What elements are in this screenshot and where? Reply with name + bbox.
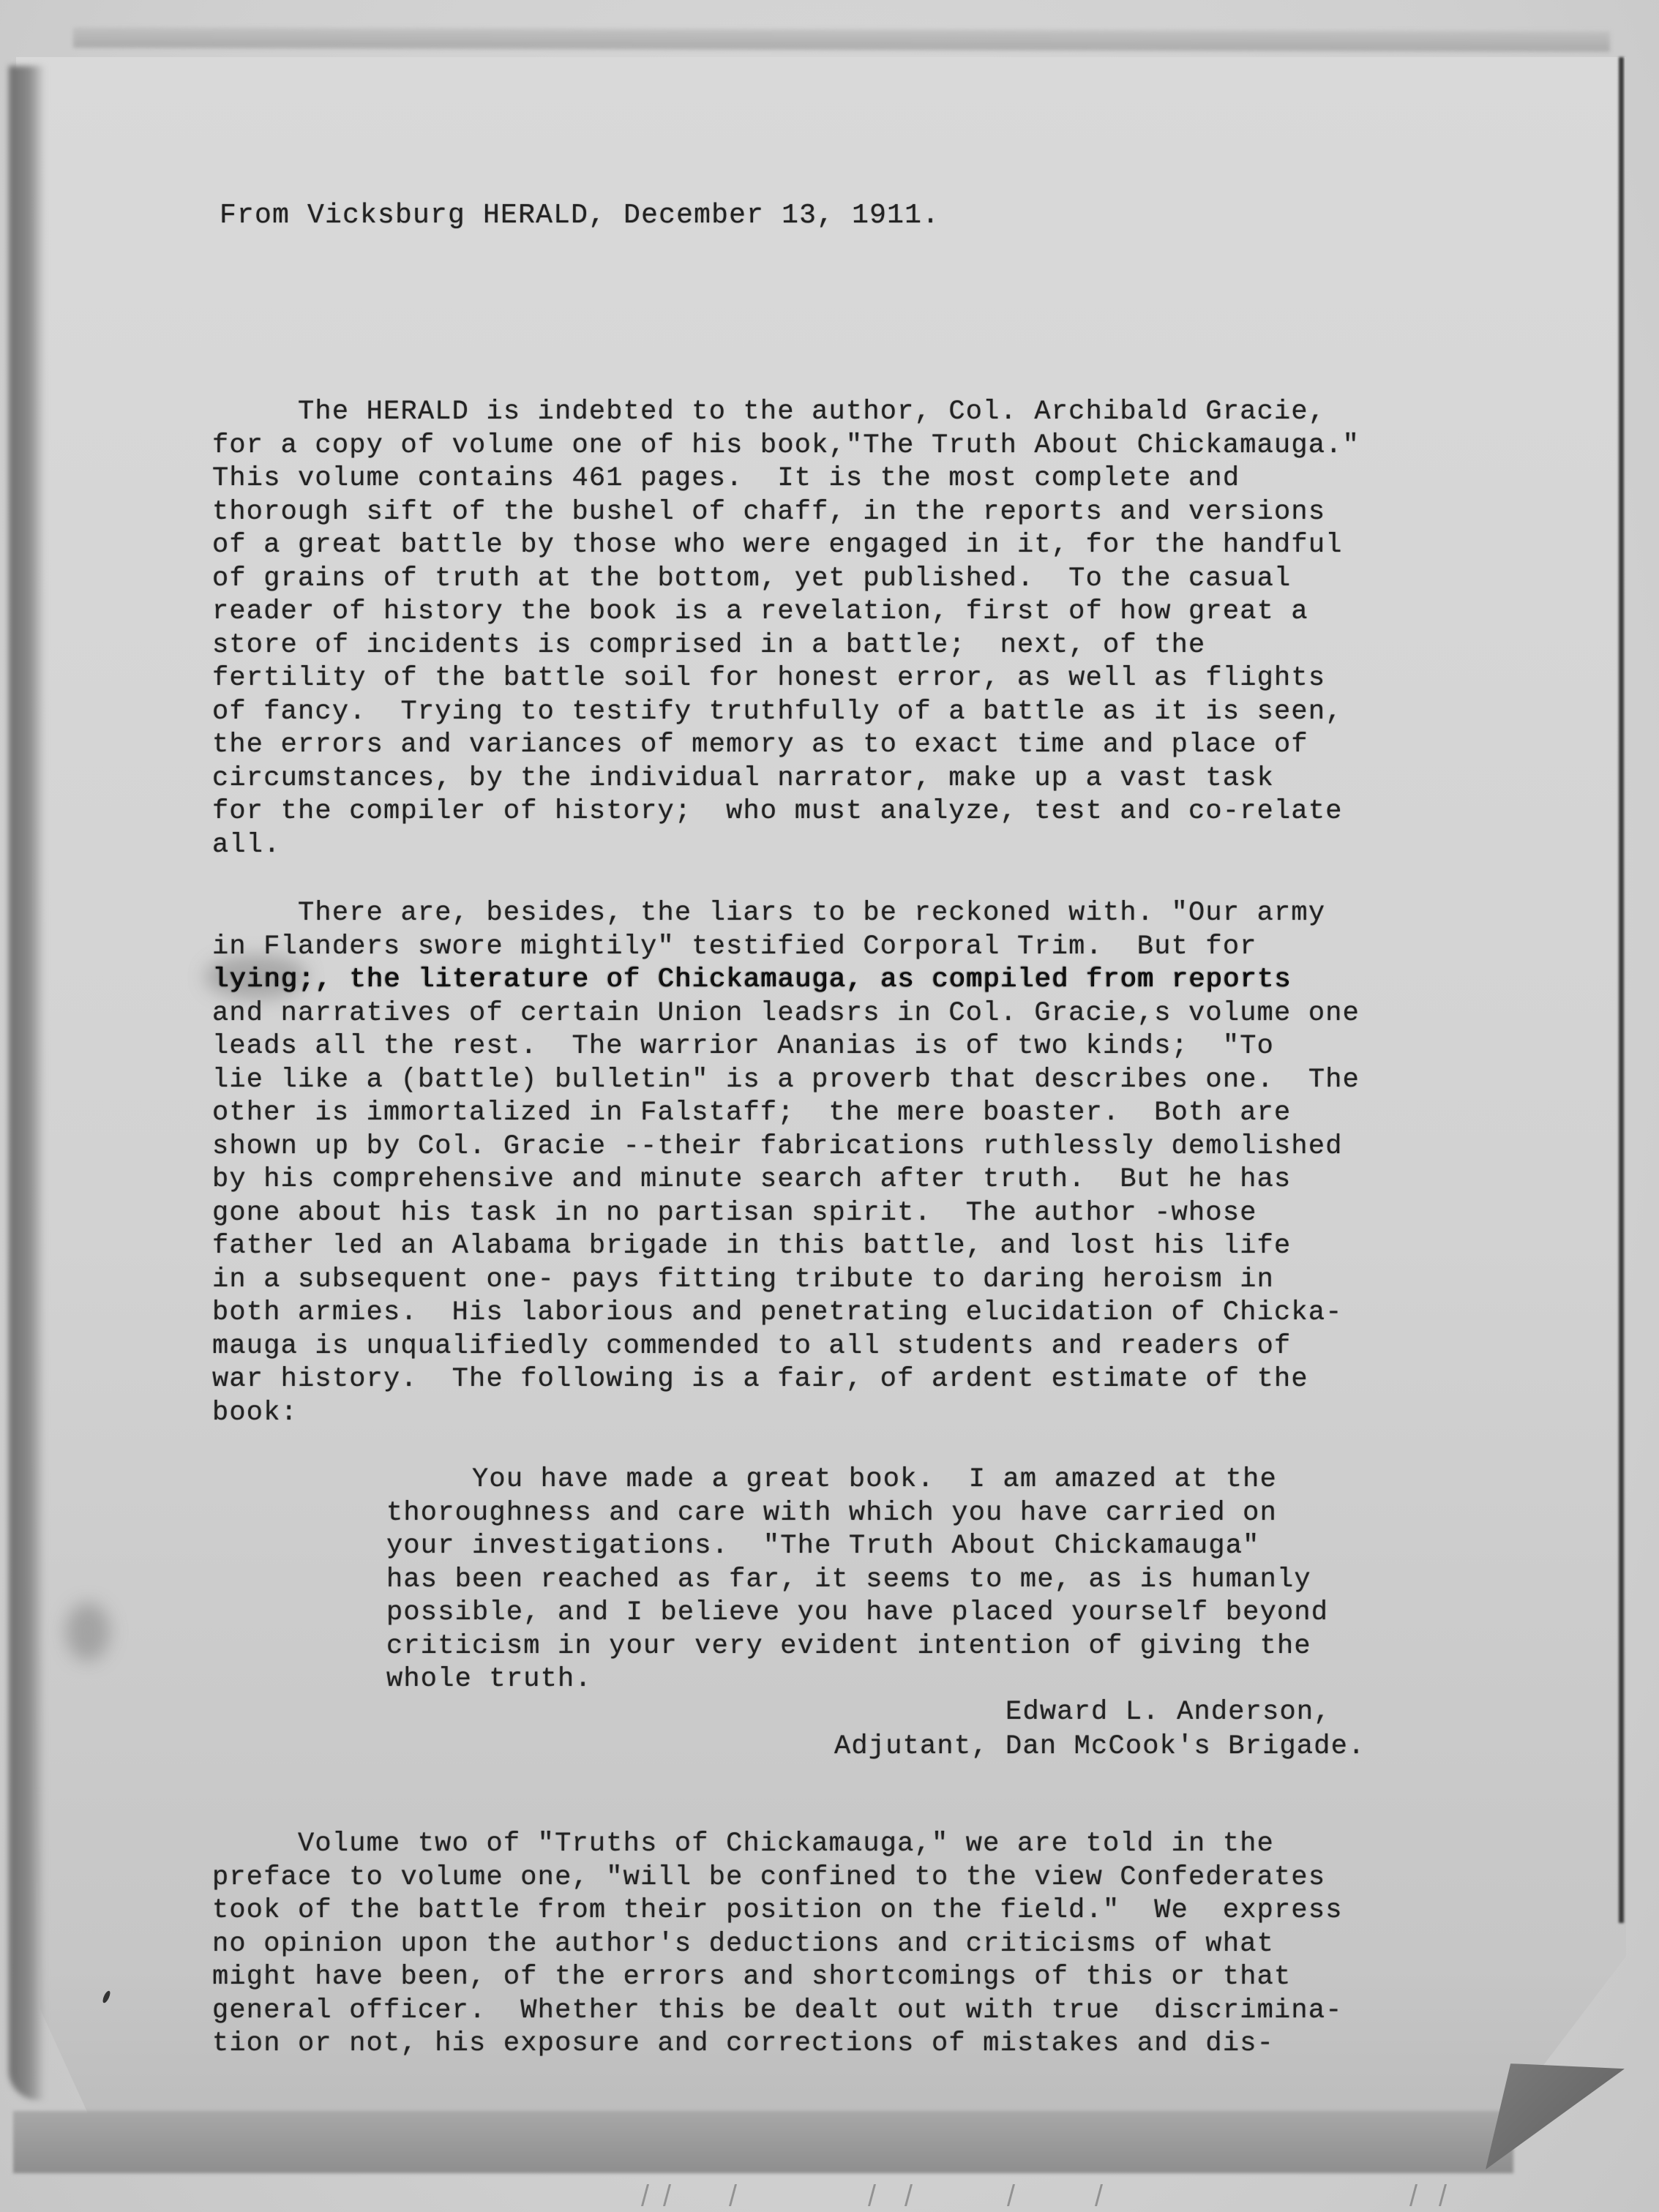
text-line: the errors and variances of memory as to… bbox=[212, 729, 1529, 762]
text-line: leads all the rest. The warrior Ananias … bbox=[212, 1030, 1529, 1064]
sheet-right-edge bbox=[1619, 57, 1624, 1923]
text-line: father led an Alabama brigade in this ba… bbox=[212, 1230, 1529, 1264]
text-line: thorough sift of the bushel of chaff, in… bbox=[212, 496, 1529, 530]
pen-mark bbox=[868, 2184, 876, 2206]
text-line: general officer. Whether this be dealt o… bbox=[212, 1995, 1529, 2028]
text-line: of grains of truth at the bottom, yet pu… bbox=[212, 563, 1529, 596]
pen-mark bbox=[1409, 2184, 1418, 2206]
pen-mark bbox=[905, 2184, 913, 2206]
text-line: and narratives of certain Union leadsrs … bbox=[212, 997, 1529, 1031]
text-line: preface to volume one, "will be confined… bbox=[212, 1862, 1529, 1895]
text-line: The HERALD is indebted to the author, Co… bbox=[212, 396, 1529, 430]
pen-mark bbox=[729, 2184, 737, 2206]
testimonial-quote: You have made a great book. I am amazed … bbox=[386, 1463, 1484, 1697]
text-line: store of incidents is comprised in a bat… bbox=[212, 629, 1529, 663]
quote-line: possible, and I believe you have placed … bbox=[386, 1597, 1484, 1630]
text-line: of a great battle by those who were enga… bbox=[212, 529, 1529, 563]
text-line: book: bbox=[212, 1397, 1529, 1431]
quote-line: criticism in your very evident intention… bbox=[386, 1630, 1484, 1664]
text-line: This volume contains 461 pages. It is th… bbox=[212, 462, 1529, 496]
quote-line: your investigations. "The Truth About Ch… bbox=[386, 1530, 1484, 1564]
text-line: for a copy of volume one of his book,"Th… bbox=[212, 430, 1529, 463]
text-line: might have been, of the errors and short… bbox=[212, 1961, 1529, 1995]
quote-signature: Edward L. Anderson, Adjutant, Dan McCook… bbox=[834, 1696, 1366, 1765]
quote-line: thoroughness and care with which you hav… bbox=[386, 1497, 1484, 1531]
quote-line: has been reached as far, it seems to me,… bbox=[386, 1564, 1484, 1597]
text-line: war history. The following is a fair, of… bbox=[212, 1363, 1529, 1397]
text-line: in Flanders swore mightily" testified Co… bbox=[212, 931, 1529, 964]
sheet-left-edge-shadow bbox=[9, 66, 45, 2100]
text-line: of fancy. Trying to testify truthfully o… bbox=[212, 696, 1529, 730]
text-line: shown up by Col. Gracie --their fabricat… bbox=[212, 1131, 1529, 1164]
pen-mark bbox=[1095, 2184, 1103, 2206]
text-line: by his comprehensive and minute search a… bbox=[212, 1163, 1529, 1197]
text-line: mauga is unqualifiedly commended to all … bbox=[212, 1330, 1529, 1364]
text-line: all. bbox=[212, 829, 1529, 863]
text-line: lying;, the literature of Chickamauga, a… bbox=[212, 964, 1529, 997]
sheet-top-shadow bbox=[73, 27, 1610, 51]
text-line: fertility of the battle soil for honest … bbox=[212, 662, 1529, 696]
pen-mark bbox=[1007, 2184, 1015, 2206]
pen-mark bbox=[663, 2184, 671, 2206]
text-line: reader of history the book is a revelati… bbox=[212, 596, 1529, 629]
quote-line: You have made a great book. I am amazed … bbox=[386, 1463, 1484, 1497]
text-line: Volume two of "Truths of Chickamauga," w… bbox=[212, 1828, 1529, 1862]
signature-name: Edward L. Anderson, bbox=[834, 1696, 1366, 1731]
text-line: circumstances, by the individual narrato… bbox=[212, 762, 1529, 796]
signature-title: Adjutant, Dan McCook's Brigade. bbox=[834, 1731, 1366, 1765]
quote-line: whole truth. bbox=[386, 1663, 1484, 1697]
smudge-mark bbox=[66, 1602, 110, 1661]
text-line: There are, besides, the liars to be reck… bbox=[212, 897, 1529, 931]
pen-mark bbox=[1439, 2184, 1447, 2206]
text-line: other is immortalized in Falstaff; the m… bbox=[212, 1097, 1529, 1131]
text-line: both armies. His laborious and penetrati… bbox=[212, 1297, 1529, 1330]
paragraph-2: There are, besides, the liars to be reck… bbox=[212, 897, 1529, 1430]
faint-handwriting-marks bbox=[644, 2184, 1522, 2206]
text-line: tion or not, his exposure and correction… bbox=[212, 2028, 1529, 2061]
text-line: in a subsequent one- pays fitting tribut… bbox=[212, 1264, 1529, 1297]
text-line: lie like a (battle) bulletin" is a prove… bbox=[212, 1064, 1529, 1098]
sheet-bottom-shadow bbox=[13, 2111, 1513, 2173]
document-heading: From Vicksburg HERALD, December 13, 1911… bbox=[220, 199, 940, 233]
paragraph-3: Volume two of "Truths of Chickamauga," w… bbox=[212, 1828, 1529, 2061]
paragraph-1: The HERALD is indebted to the author, Co… bbox=[212, 396, 1529, 862]
text-line: for the compiler of history; who must an… bbox=[212, 795, 1529, 829]
text-line: no opinion upon the author's deductions … bbox=[212, 1928, 1529, 1962]
text-line: took of the battle from their position o… bbox=[212, 1894, 1529, 1928]
text-line: gone about his task in no partisan spiri… bbox=[212, 1197, 1529, 1231]
